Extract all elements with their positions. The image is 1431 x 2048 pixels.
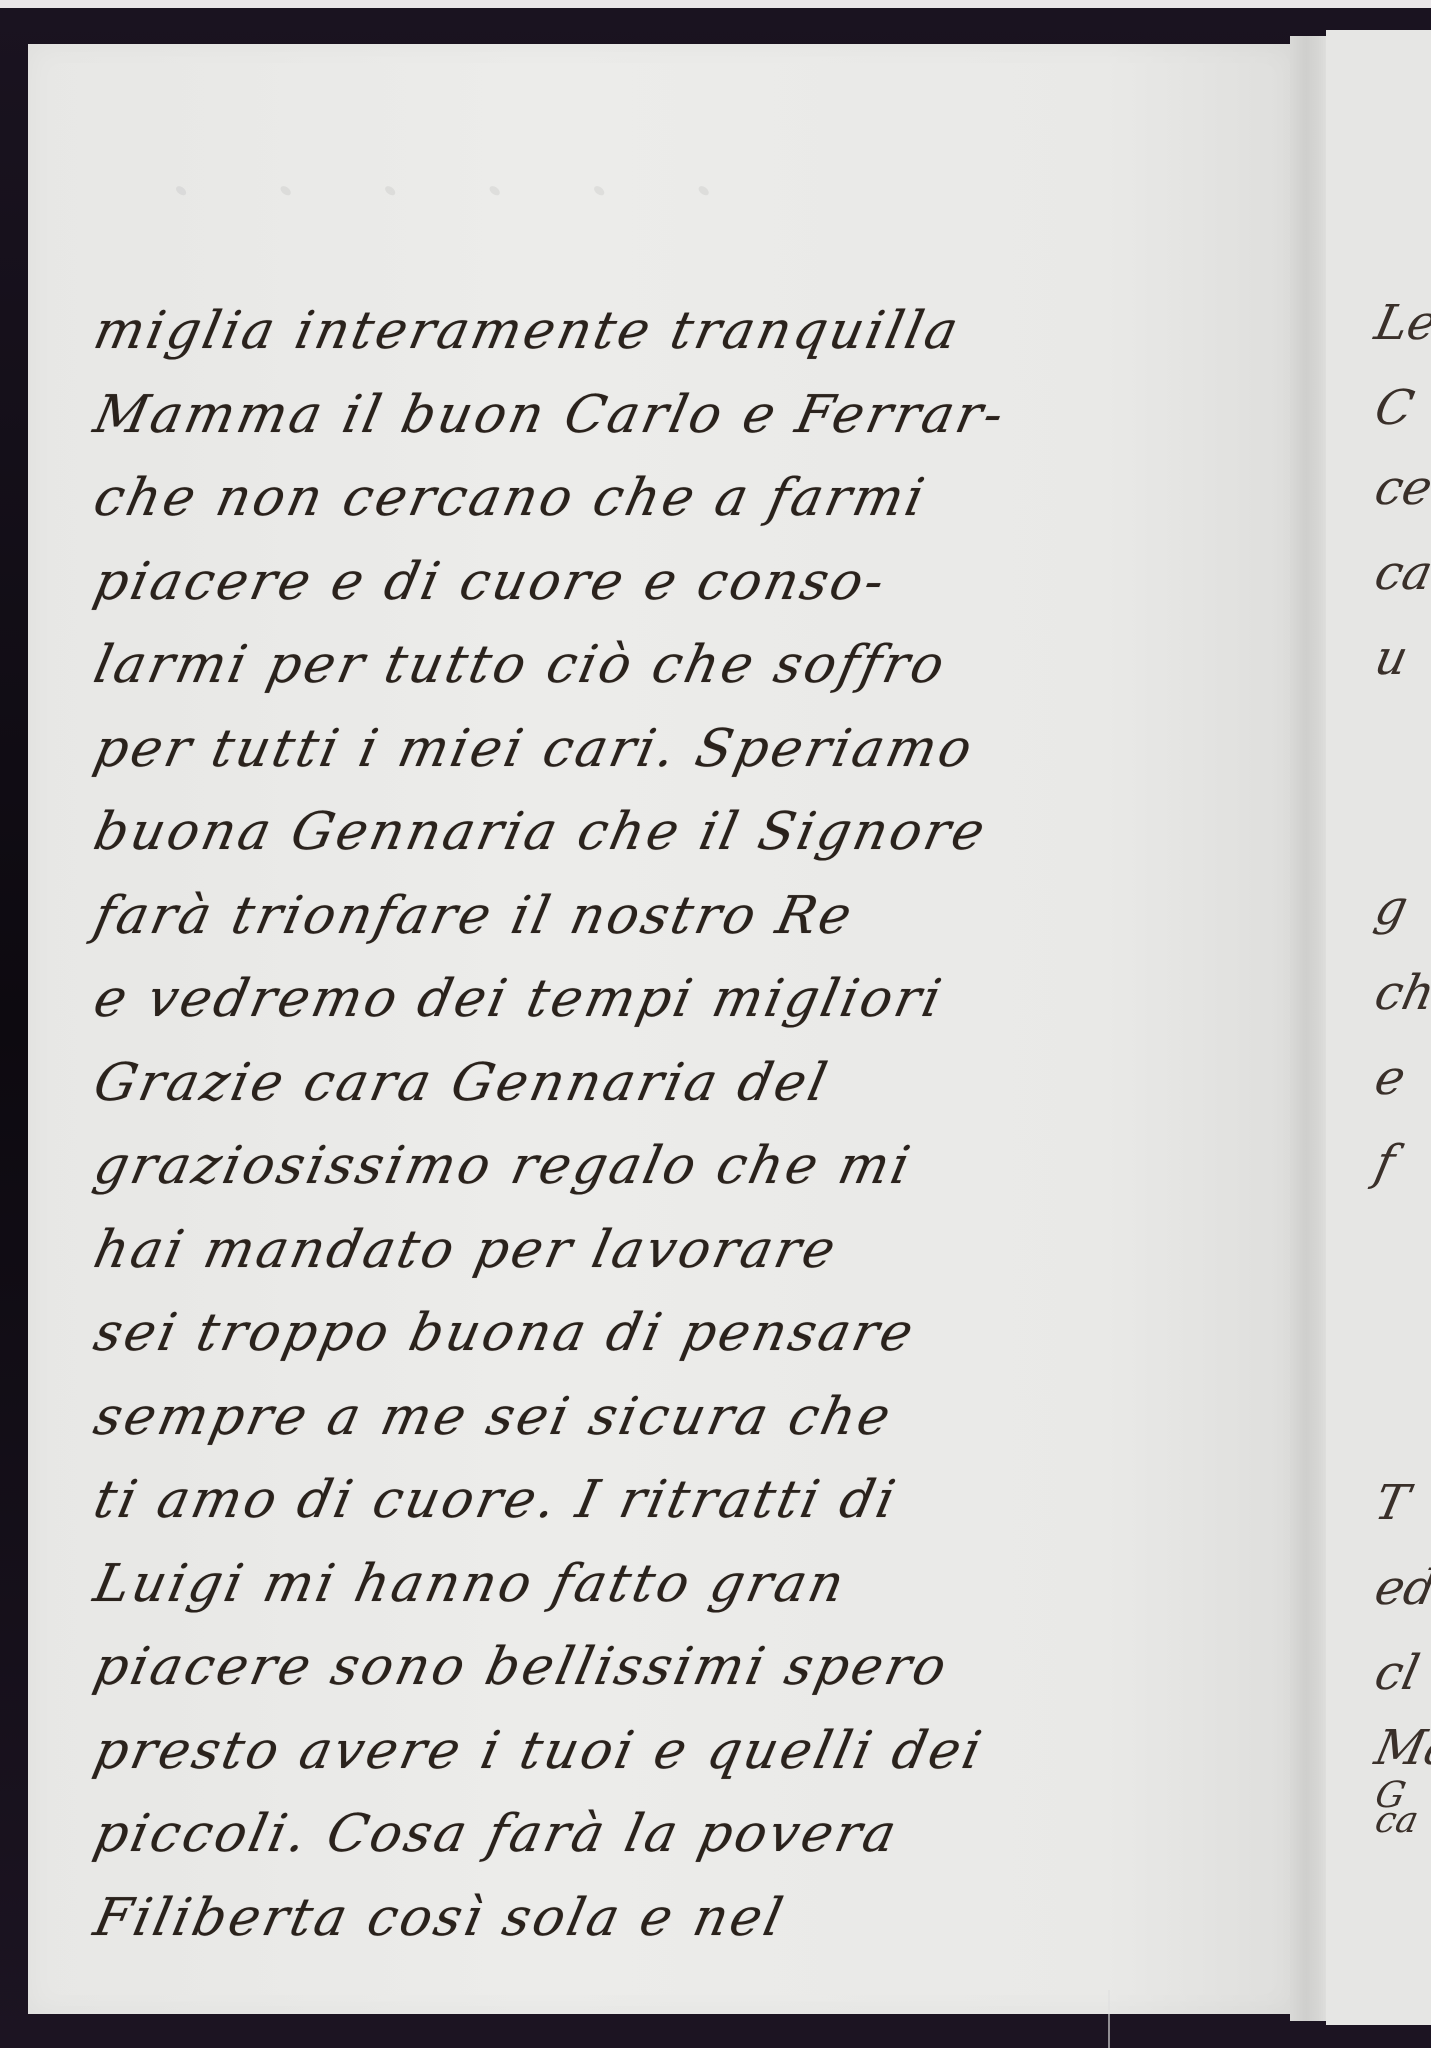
text-line: buona Gennaria che il Signore xyxy=(86,791,1294,875)
handwritten-text-block: miglia interamente tranquilla Mamma il b… xyxy=(95,290,1285,1960)
text-line: ti amo di cuore. I ritratti di xyxy=(86,1459,1294,1543)
text-line: piacere e di cuore e conso- xyxy=(86,541,1294,625)
paper-crack xyxy=(1108,1990,1110,2048)
text-line: Filiberta così sola e nel xyxy=(86,1877,1294,1961)
text-line: larmi per tutto ciò che soffro xyxy=(86,624,1294,708)
text-fragment: ca xyxy=(1372,1800,1422,1841)
page-fold-crease xyxy=(1290,36,1330,2021)
text-line: e vedremo dei tempi migliori xyxy=(86,958,1294,1042)
text-line: miglia interamente tranquilla xyxy=(86,290,1294,374)
text-line: graziosissimo regalo che mi xyxy=(86,1125,1294,1209)
top-edge-strip xyxy=(0,0,1431,8)
ink-bleed-through: · · · · · · xyxy=(129,150,726,232)
text-fragment: Ma xyxy=(1370,1720,1431,1776)
text-line: Grazie cara Gennaria del xyxy=(86,1042,1294,1126)
text-line: per tutti i miei cari. Speriamo xyxy=(86,708,1294,792)
text-line: sei troppo buona di pensare xyxy=(86,1292,1294,1376)
text-fragment: ce xyxy=(1370,460,1431,516)
text-line: piccoli. Cosa farà la povera xyxy=(86,1793,1294,1877)
text-line: presto avere i tuoi e quelli dei xyxy=(86,1710,1294,1794)
text-line: farà trionfare il nostro Re xyxy=(86,875,1294,959)
text-fragment: Le xyxy=(1370,295,1431,351)
text-line: piacere sono bellissimi spero xyxy=(86,1626,1294,1710)
text-line: Mamma il buon Carlo e Ferrar- xyxy=(86,374,1294,458)
text-line: Luigi mi hanno fatto gran xyxy=(86,1543,1294,1627)
text-line: che non cercano che a farmi xyxy=(86,457,1294,541)
text-fragment: ch xyxy=(1370,965,1431,1021)
text-line: hai mandato per lavorare xyxy=(86,1209,1294,1293)
text-fragment: ca xyxy=(1370,545,1431,601)
text-line: sempre a me sei sicura che xyxy=(86,1376,1294,1460)
text-fragment: ed xyxy=(1370,1560,1431,1616)
